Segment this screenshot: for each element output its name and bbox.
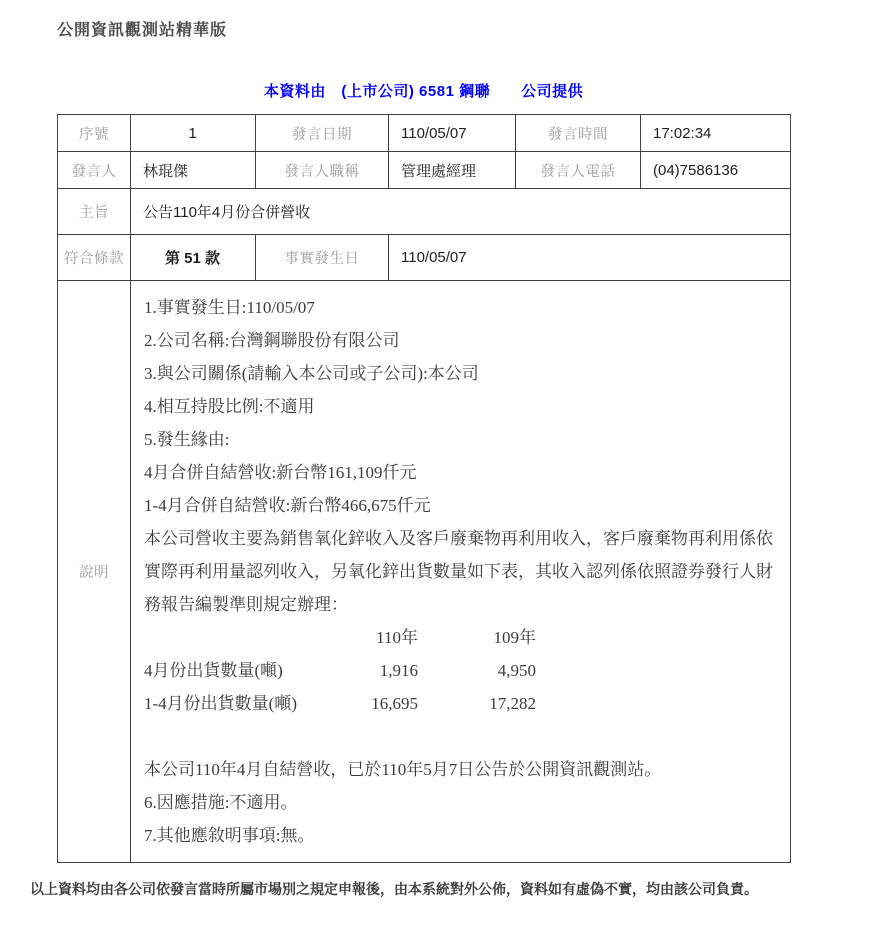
announcement-table: 序號 1 發言日期 110/05/07 發言時間 17:02:34 發言人 林琨… <box>57 114 791 863</box>
desc-line: 7.其他應敘明事項:無。 <box>144 819 778 852</box>
desc-line: 1-4月合併自結營收:新台幣466,675仟元 <box>144 489 778 522</box>
disclaimer-footer: 以上資料均由各公司依發言當時所屬市場別之規定申報後，由本系統對外公佈，資料如有虛… <box>30 879 878 899</box>
speak-time-label: 發言時間 <box>516 115 641 152</box>
speaker-value: 林琨傑 <box>131 152 256 189</box>
shipment-header-row: 110年 109年 <box>144 621 778 654</box>
shipment-row-109: 4,950 <box>418 654 536 687</box>
shipment-header-109: 109年 <box>418 621 536 654</box>
description-label: 說明 <box>58 281 131 863</box>
shipment-row-label: 1-4月份出貨數量(噸) <box>144 687 332 720</box>
subject-label: 主旨 <box>58 189 131 235</box>
shipment-row-109: 17,282 <box>418 687 536 720</box>
speaker-phone-value: (04)7586136 <box>641 152 791 189</box>
desc-line: 1.事實發生日:110/05/07 <box>144 291 778 324</box>
speak-date-value: 110/05/07 <box>389 115 516 152</box>
seq-value: 1 <box>131 115 256 152</box>
desc-line: 4.相互持股比例:不適用 <box>144 390 778 423</box>
table-row: 符合條款 第 51 款 事實發生日 110/05/07 <box>58 235 791 281</box>
shipment-row-110: 1,916 <box>332 654 418 687</box>
description-content: 1.事實發生日:110/05/07 2.公司名稱:台灣鋼聯股份有限公司 3.與公… <box>131 281 791 863</box>
speaker-title-value: 管理處經理 <box>389 152 516 189</box>
shipment-table: 110年 109年 4月份出貨數量(噸) 1,916 4,950 1-4月份出貨… <box>144 621 778 720</box>
clause-value: 第 51 款 <box>131 235 256 281</box>
mops-page: 公開資訊觀測站精華版 本資料由 (上市公司) 6581 鋼聯 公司提供 序號 1… <box>0 0 878 899</box>
event-date-value: 110/05/07 <box>389 235 791 281</box>
table-row: 主旨 公告110年4月份合併營收 <box>58 189 791 235</box>
desc-line: 本公司營收主要為銷售氧化鋅收入及客戶廢棄物再利用收入，客戶廢棄物再利用係依實際再… <box>144 522 778 621</box>
desc-line: 5.發生緣由: <box>144 423 778 456</box>
event-date-label: 事實發生日 <box>256 235 389 281</box>
provider-notice: 本資料由 (上市公司) 6581 鋼聯 公司提供 <box>57 80 790 101</box>
seq-label: 序號 <box>58 115 131 152</box>
speak-time-value: 17:02:34 <box>641 115 791 152</box>
shipment-header-empty <box>144 621 332 654</box>
desc-line: 3.與公司關係(請輸入本公司或子公司):本公司 <box>144 357 778 390</box>
subject-value: 公告110年4月份合併營收 <box>131 189 791 235</box>
speak-date-label: 發言日期 <box>256 115 389 152</box>
table-row-description: 說明 1.事實發生日:110/05/07 2.公司名稱:台灣鋼聯股份有限公司 3… <box>58 281 791 863</box>
clause-label: 符合條款 <box>58 235 131 281</box>
shipment-row-label: 4月份出貨數量(噸) <box>144 654 332 687</box>
page-title: 公開資訊觀測站精華版 <box>57 17 878 40</box>
speaker-title-label: 發言人職稱 <box>256 152 389 189</box>
desc-line: 6.因應措施:不適用。 <box>144 786 778 819</box>
desc-line: 本公司110年4月自結營收，已於110年5月7日公告於公開資訊觀測站。 <box>144 753 778 786</box>
desc-line: 2.公司名稱:台灣鋼聯股份有限公司 <box>144 324 778 357</box>
shipment-row: 1-4月份出貨數量(噸) 16,695 17,282 <box>144 687 778 720</box>
desc-line: 4月合併自結營收:新台幣161,109仟元 <box>144 456 778 489</box>
speaker-label: 發言人 <box>58 152 131 189</box>
table-row: 序號 1 發言日期 110/05/07 發言時間 17:02:34 <box>58 115 791 152</box>
shipment-header-110: 110年 <box>332 621 418 654</box>
speaker-phone-label: 發言人電話 <box>516 152 641 189</box>
shipment-row: 4月份出貨數量(噸) 1,916 4,950 <box>144 654 778 687</box>
table-row: 發言人 林琨傑 發言人職稱 管理處經理 發言人電話 (04)7586136 <box>58 152 791 189</box>
shipment-row-110: 16,695 <box>332 687 418 720</box>
